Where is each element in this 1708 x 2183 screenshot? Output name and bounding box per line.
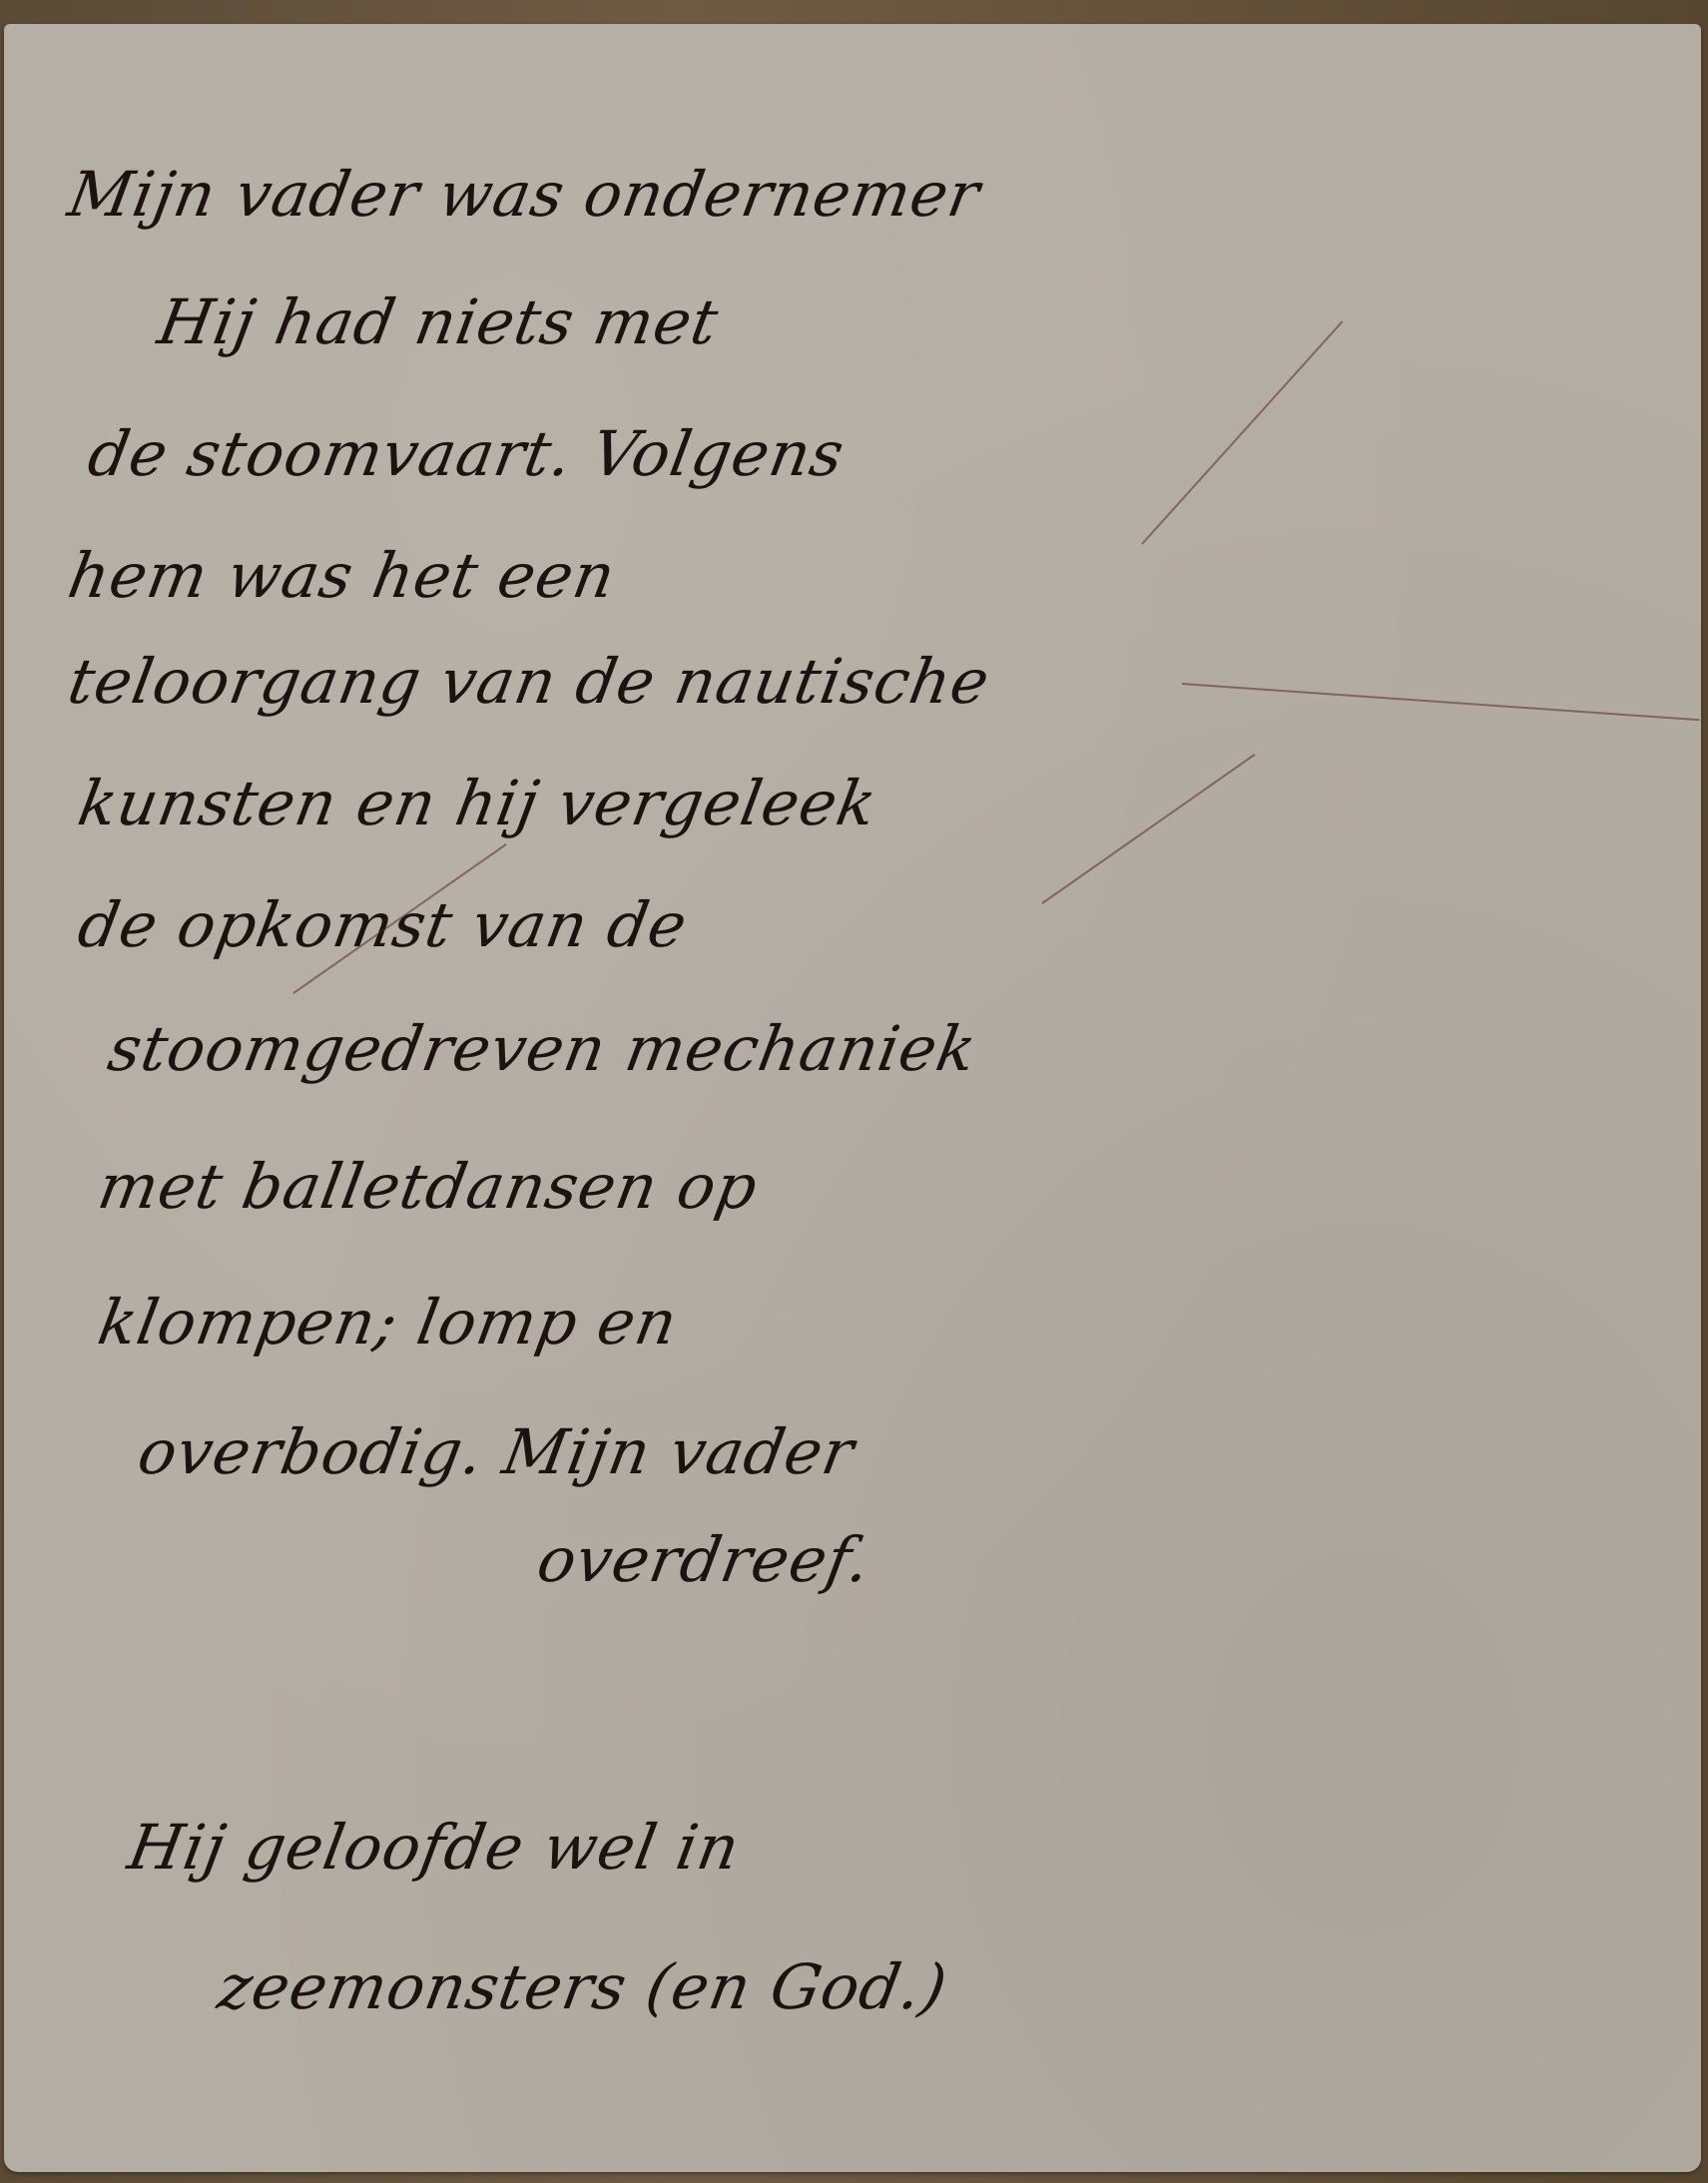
text-line-9: met balletdansen op — [94, 1156, 763, 1218]
text-line-5: teloorgang van de nautische — [64, 651, 994, 713]
text-line-13: Hij geloofde wel in — [124, 1817, 745, 1879]
text-line-3: de stoomvaart. Volgens — [84, 423, 849, 485]
ink-stroke — [1141, 320, 1343, 544]
text-line-6: kunsten en hij vergeleek — [74, 773, 881, 834]
text-line-14: zeemonsters (en God.) — [214, 1956, 952, 2018]
ink-stroke — [1041, 754, 1255, 904]
text-line-11: overbodig. Mijn vader — [134, 1421, 858, 1483]
text-line-8: stoomgedreven mechaniek — [104, 1018, 981, 1080]
text-line-12: overdreef. — [533, 1529, 875, 1591]
text-line-4: hem was het een — [64, 545, 620, 607]
note-card: Mijn vader was ondernemer Hij had niets … — [4, 24, 1701, 2172]
ink-stroke — [1182, 683, 1700, 721]
text-line-10: klompen; lomp en — [94, 1292, 682, 1354]
text-line-2: Hij had niets met — [154, 291, 723, 353]
text-line-7: de opkomst van de — [74, 894, 692, 956]
text-line-1: Mijn vader was ondernemer — [64, 164, 984, 226]
